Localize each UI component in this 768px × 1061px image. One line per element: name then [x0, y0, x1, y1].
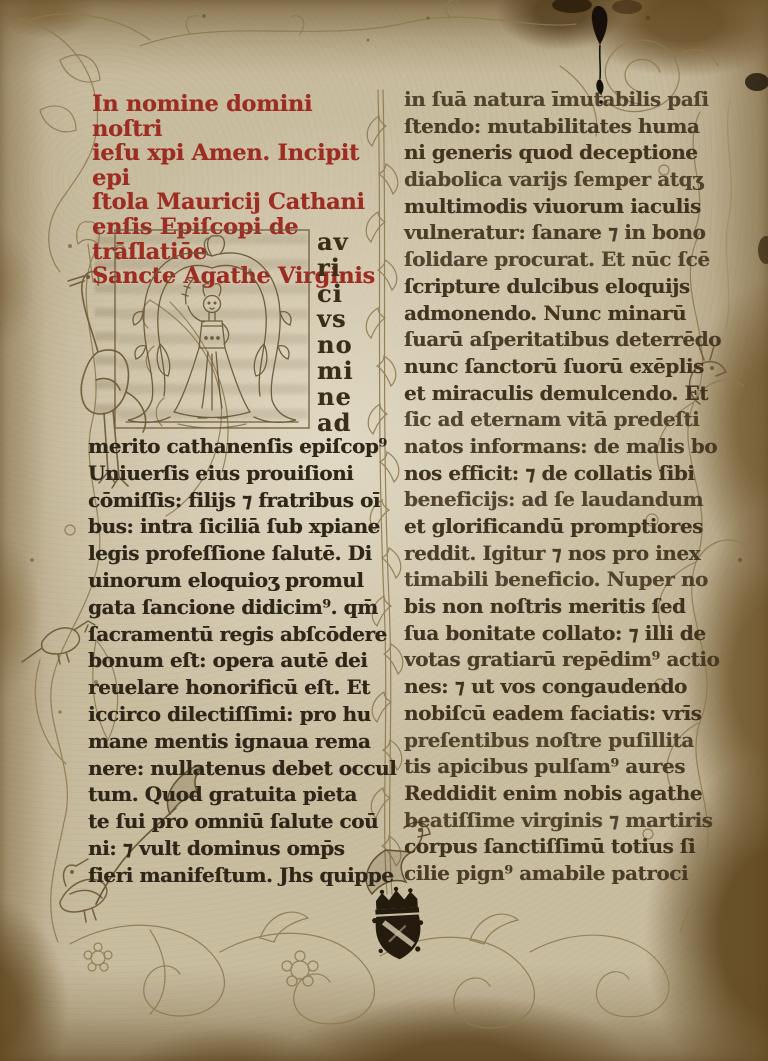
text-line-8: ſacramentū regis abſcōdere [88, 621, 382, 648]
text-line-16: beneficijs: ad ſe laudandum [404, 486, 696, 513]
text-line-17: et glorificandū promptiores [404, 513, 696, 540]
right-text-column: in ſuā natura īmutabilis paſiſtendo: mut… [404, 86, 696, 887]
historiated-initial-woodcut [112, 226, 312, 434]
crowned-shield-icon [370, 885, 425, 960]
text-line-17: fieri manifeſtum. Jhs quippe [88, 862, 382, 889]
text-line-14: natos informans: de malis bo [404, 433, 696, 460]
rubric-line-2: ieſu xpi Amen. Incipit epi [92, 141, 384, 190]
text-line-30: cilie pign⁹ amabile patroci [404, 860, 696, 887]
text-line-10: reuelare honorificū eſt. Et [88, 674, 382, 701]
initial-syllable-1: av [317, 229, 369, 255]
text-line-2: Uniuerſis eius prouiſioni [88, 460, 382, 487]
text-line-13: nere: nullatenus debet occul [88, 755, 382, 782]
rubric-line-3: ſtola Mauricij Cathani [92, 190, 384, 215]
text-line-13: ſic ad eternam vitā predeſti [404, 406, 696, 433]
text-line-11: nunc ſanctorū ſuorū exēplis [404, 353, 696, 380]
text-line-22: votas gratiarū repēdim⁹ actio [404, 646, 696, 673]
rosette-flower-icon [84, 943, 112, 971]
text-line-3: ni generis quod deceptione [404, 139, 696, 166]
text-line-5: legis profeſſione ſalutē. Di [88, 540, 382, 567]
text-line-12: mane mentis ignaua rema [88, 728, 382, 755]
text-line-6: uinorum eloquioʒ promul [88, 567, 382, 594]
text-line-1: merito cathanenſis epiſcop⁹ [88, 433, 382, 460]
initial-syllable-3: ci [317, 281, 369, 307]
text-line-4: bus: intra ſiciliā ſub xpiane [88, 513, 382, 540]
text-line-10: ſuarū aſperitatibus deterrēdo [404, 326, 696, 353]
text-line-1: in ſuā natura īmutabilis paſi [404, 86, 696, 113]
text-line-12: et miraculis demulcendo. Et [404, 380, 696, 407]
text-line-3: cōmiſſis: filijs ⁊ fratribus oī [88, 487, 382, 514]
text-line-2: ſtendo: mutabilitates huma [404, 113, 696, 140]
text-line-14: tum. Quod gratuita pieta [88, 781, 382, 808]
saint-agatha-figure [174, 278, 250, 428]
library-stamp [360, 884, 436, 968]
small-bird-icon [22, 621, 95, 664]
text-line-26: tis apicibus pulſam⁹ aures [404, 753, 696, 780]
initial-syllable-4: vs [317, 306, 369, 332]
initial-syllables-column: avricivsnominead [317, 229, 369, 435]
text-line-11: iccirco dilectiſſimi: pro hu [88, 701, 382, 728]
text-line-18: reddit. Igitur ⁊ nos pro inex [404, 540, 696, 567]
rubric-line-1: In nomine domini noſtri [92, 92, 384, 141]
text-line-29: corpus ſanctiſſimū totius ſi [404, 833, 696, 860]
text-line-5: multimodis viuorum iaculis [404, 193, 696, 220]
text-line-25: preſentibus noſtre puſillita [404, 727, 696, 754]
text-line-7: gata ſancione didicim⁹. qm̄ [88, 594, 382, 621]
text-line-20: bis non noſtris meritis ſed [404, 593, 696, 620]
text-line-9: bonum eſt: opera autē dei [88, 647, 382, 674]
text-line-9: admonendo. Nunc minarū [404, 300, 696, 327]
text-line-15: nos efficit: ⁊ de collatis ſibi [404, 460, 696, 487]
text-line-21: ſua bonitate collato: ⁊ illi de [404, 620, 696, 647]
initial-syllable-7: ne [317, 384, 369, 410]
text-line-15: te ſui pro omniū ſalute coū [88, 808, 382, 835]
text-line-19: timabili beneficio. Nuper no [404, 566, 696, 593]
top-vine [140, 0, 576, 46]
text-line-16: ni: ⁊ vult dominus omp̄s [88, 835, 382, 862]
text-line-23: nes: ⁊ ut vos congaudendo [404, 673, 696, 700]
marginalia-squiggle [726, 100, 731, 330]
text-line-24: nobiſcū eadem faciatis: vrīs [404, 700, 696, 727]
initial-syllable-2: ri [317, 255, 369, 281]
initial-syllable-5: no [317, 332, 369, 358]
text-line-8: ſcripture dulcibus eloquijs [404, 273, 696, 300]
initial-syllable-6: mi [317, 358, 369, 384]
text-line-28: beatiſſime virginis ⁊ martiris [404, 807, 696, 834]
text-line-6: vulneratur: ſanare ⁊ in bono [404, 219, 696, 246]
left-text-column: merito cathanenſis epiſcop⁹Uniuerſis eiu… [88, 433, 382, 889]
text-line-7: ſolidare procurat. Et nūc ſcē [404, 246, 696, 273]
initial-syllable-8: ad [317, 410, 369, 436]
manuscript-page: In nomine domini noſtriieſu xpi Amen. In… [0, 0, 768, 1061]
text-line-27: Reddidit enim nobis agathe [404, 780, 696, 807]
rosette-flower-icon [282, 951, 318, 986]
text-line-4: diabolica varijs ſemper atqʒ [404, 166, 696, 193]
